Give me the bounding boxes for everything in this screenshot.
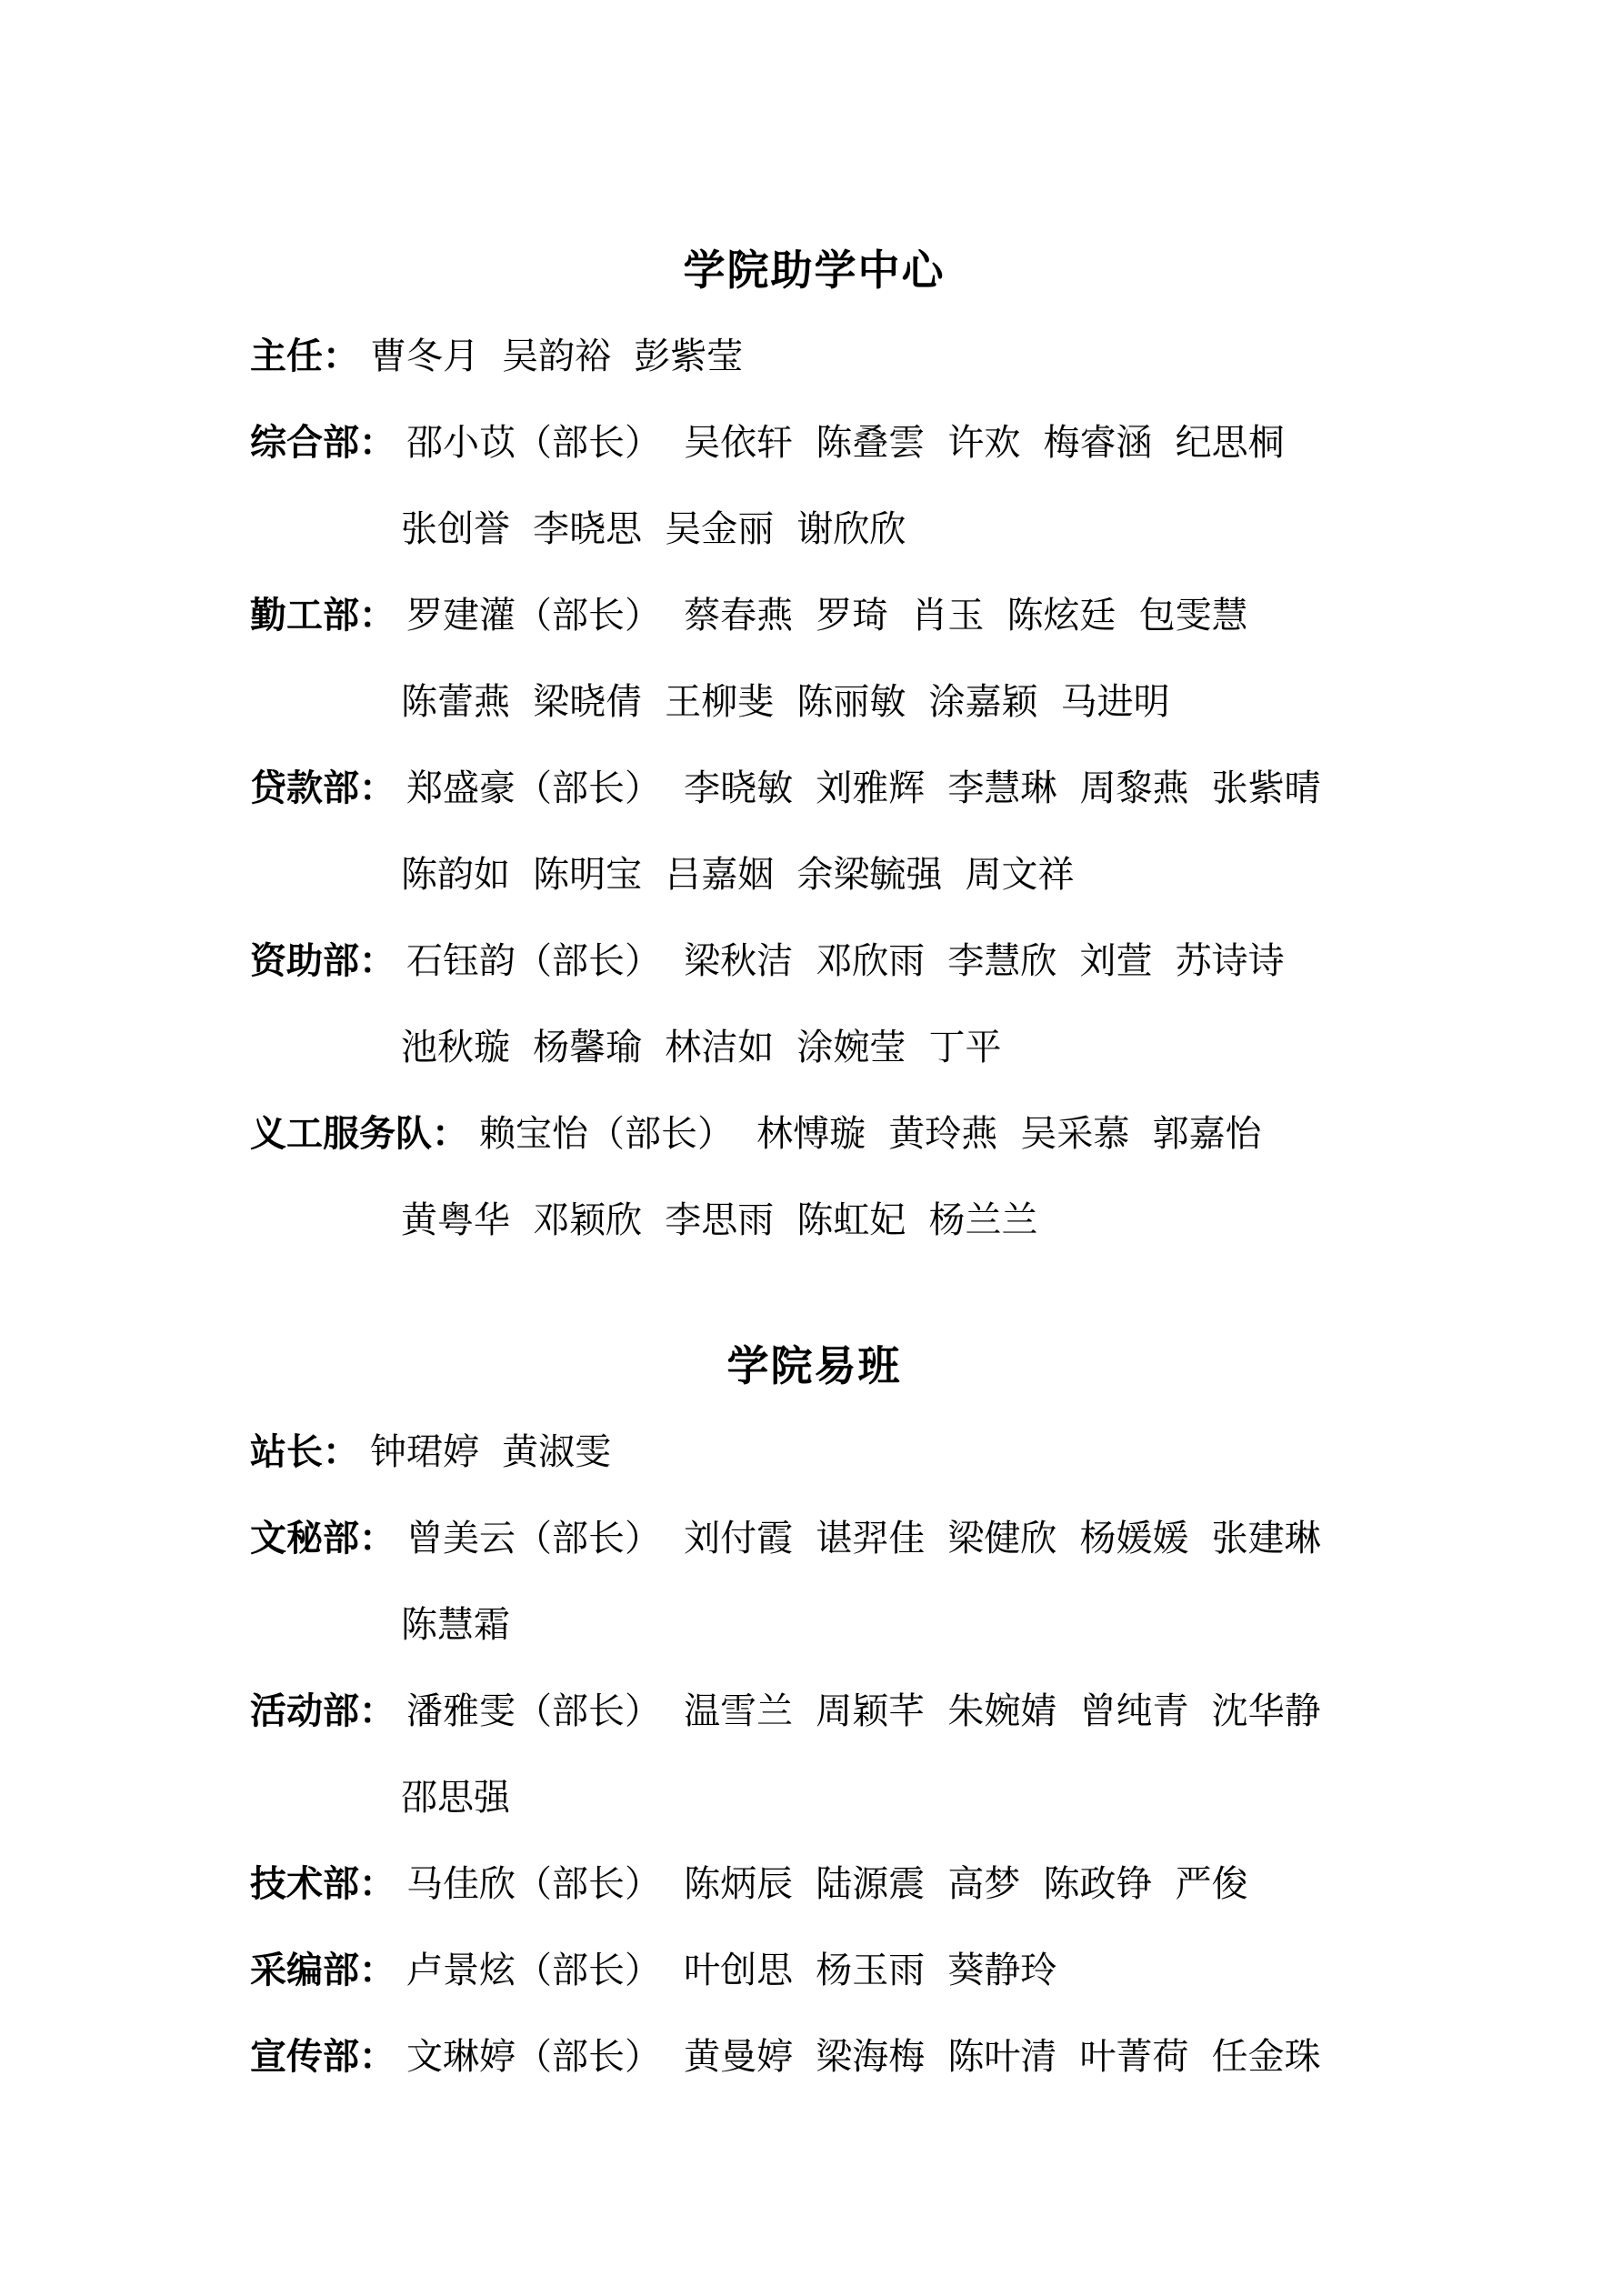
member-names: 罗建灌（部长） 蔡春燕 罗琦 肖玉 陈炫廷 包雯慧: [406, 596, 1248, 636]
roster-line: 贷款部：郑盛豪（部长） 李晓敏 刘雅辉 李慧琳 周黎燕 张紫晴: [250, 746, 1378, 832]
member-names: 潘雅雯（部长） 温雪兰 周颖芊 朱婉婧 曾纯青 沈华静: [406, 1691, 1321, 1731]
roster-line: 资助部：石钰韵（部长） 梁秋洁 邓欣雨 李慧欣 刘萱 苏诗诗: [250, 918, 1378, 1005]
section-title: 学院易班: [250, 1323, 1378, 1409]
entry-director: 主任：曹冬月 吴韵裕 彭紫莹: [250, 314, 1378, 400]
role-label: 综合部：: [250, 423, 395, 463]
roster-line-continuation: 陈韵如 陈明宝 吕嘉姻 余梁毓强 周文祥: [250, 832, 1378, 918]
role-label: 宣传部：: [250, 2037, 395, 2077]
roster-line: 采编部：卢景炫（部长） 叶创思 杨玉雨 葵静玲: [250, 1928, 1378, 2014]
section-title: 学院助学中心: [250, 227, 1378, 314]
member-names: 马佳欣（部长） 陈炳辰 陆源震 高梦 陈政铮 严俊: [406, 1864, 1248, 1904]
role-label: 文秘部：: [250, 1519, 395, 1559]
role-label: 站长：: [250, 1432, 359, 1472]
entry-publicity-dept: 宣传部：文琳婷（部长） 黄曼婷 梁海梅 陈叶清 叶菁荷 任金珠: [250, 2014, 1378, 2100]
roster-line: 主任：曹冬月 吴韵裕 彭紫莹: [250, 314, 1378, 400]
member-names: 卢景炫（部长） 叶创思 杨玉雨 葵静玲: [406, 1950, 1056, 1990]
roster-line-continuation: 陈慧霜: [250, 1582, 1378, 1669]
roster-line-continuation: 邵思强: [250, 1755, 1378, 1841]
role-label: 义工服务队：: [250, 1114, 468, 1154]
member-names: 石钰韵（部长） 梁秋洁 邓欣雨 李慧欣 刘萱 苏诗诗: [406, 941, 1285, 981]
entry-secretary-dept: 文秘部：曾美云（部长） 刘付霞 谌羿佳 梁健欣 杨媛媛 张建琳 陈慧霜: [250, 1496, 1378, 1669]
entry-station-master: 站长：钟珺婷 黄淑雯: [250, 1409, 1378, 1496]
entry-editorial-dept: 采编部：卢景炫（部长） 叶创思 杨玉雨 葵静玲: [250, 1928, 1378, 2014]
roster-line: 文秘部：曾美云（部长） 刘付霞 谌羿佳 梁健欣 杨媛媛 张建琳: [250, 1496, 1378, 1582]
role-label: 技术部：: [250, 1864, 395, 1904]
entry-activity-dept: 活动部：潘雅雯（部长） 温雪兰 周颖芊 朱婉婧 曾纯青 沈华静 邵思强: [250, 1669, 1378, 1841]
roster-line: 综合部：邵小苡（部长） 吴依轩 陈叠雲 许欢 梅睿涵 纪思桐: [250, 400, 1378, 486]
member-names: 文琳婷（部长） 黄曼婷 梁海梅 陈叶清 叶菁荷 任金珠: [406, 2037, 1321, 2077]
role-label: 贷款部：: [250, 768, 395, 808]
role-label: 活动部：: [250, 1691, 395, 1731]
entry-work-study-dept: 勤工部：罗建灌（部长） 蔡春燕 罗琦 肖玉 陈炫廷 包雯慧 陈蕾燕 梁晓倩 王柳…: [250, 573, 1378, 746]
roster-line-continuation: 池秋璇 杨馨瑜 林洁如 涂婉莹 丁平: [250, 1005, 1378, 1091]
entry-volunteer-team: 义工服务队：赖宝怡（部长） 林愽璇 黄玲燕 吴采慕 郭嘉怡 黄粤华 邓颖欣 李思…: [250, 1091, 1378, 1264]
roster-line: 技术部：马佳欣（部长） 陈炳辰 陆源震 高梦 陈政铮 严俊: [250, 1841, 1378, 1928]
document-page: 学院助学中心 主任：曹冬月 吴韵裕 彭紫莹 综合部：邵小苡（部长） 吴依轩 陈叠…: [0, 0, 1622, 2100]
role-label: 勤工部：: [250, 596, 395, 636]
member-names: 曾美云（部长） 刘付霞 谌羿佳 梁健欣 杨媛媛 张建琳: [406, 1519, 1321, 1559]
role-label: 采编部：: [250, 1950, 395, 1990]
member-names: 郑盛豪（部长） 李晓敏 刘雅辉 李慧琳 周黎燕 张紫晴: [406, 768, 1321, 808]
entry-tech-dept: 技术部：马佳欣（部长） 陈炳辰 陆源震 高梦 陈政铮 严俊: [250, 1841, 1378, 1928]
roster-line: 义工服务队：赖宝怡（部长） 林愽璇 黄玲燕 吴采慕 郭嘉怡: [250, 1091, 1378, 1178]
roster-line: 站长：钟珺婷 黄淑雯: [250, 1409, 1378, 1496]
section-yiban: 学院易班 站长：钟珺婷 黄淑雯 文秘部：曾美云（部长） 刘付霞 谌羿佳 梁健欣 …: [250, 1323, 1378, 2100]
member-names: 赖宝怡（部长） 林愽璇 黄玲燕 吴采慕 郭嘉怡: [479, 1114, 1261, 1154]
entry-funding-dept: 资助部：石钰韵（部长） 梁秋洁 邓欣雨 李慧欣 刘萱 苏诗诗 池秋璇 杨馨瑜 林…: [250, 918, 1378, 1091]
roster-line: 活动部：潘雅雯（部长） 温雪兰 周颖芊 朱婉婧 曾纯青 沈华静: [250, 1669, 1378, 1755]
roster-line-continuation: 张创誉 李晓思 吴金丽 谢欣欣: [250, 486, 1378, 573]
role-label: 资助部：: [250, 941, 395, 981]
member-names: 曹冬月 吴韵裕 彭紫莹: [370, 336, 743, 376]
member-names: 钟珺婷 黄淑雯: [370, 1432, 611, 1472]
section-student-aid-center: 学院助学中心 主任：曹冬月 吴韵裕 彭紫莹 综合部：邵小苡（部长） 吴依轩 陈叠…: [250, 227, 1378, 1264]
member-names: 邵小苡（部长） 吴依轩 陈叠雲 许欢 梅睿涵 纪思桐: [406, 423, 1285, 463]
roster-line: 勤工部：罗建灌（部长） 蔡春燕 罗琦 肖玉 陈炫廷 包雯慧: [250, 573, 1378, 659]
entry-loan-dept: 贷款部：郑盛豪（部长） 李晓敏 刘雅辉 李慧琳 周黎燕 张紫晴 陈韵如 陈明宝 …: [250, 746, 1378, 918]
roster-line-continuation: 黄粤华 邓颖欣 李思雨 陈虹妃 杨兰兰: [250, 1178, 1378, 1264]
roster-line-continuation: 陈蕾燕 梁晓倩 王柳斐 陈丽敏 涂嘉颖 马进明: [250, 659, 1378, 746]
roster-line: 宣传部：文琳婷（部长） 黄曼婷 梁海梅 陈叶清 叶菁荷 任金珠: [250, 2014, 1378, 2100]
role-label: 主任：: [250, 336, 359, 376]
entry-general-dept: 综合部：邵小苡（部长） 吴依轩 陈叠雲 许欢 梅睿涵 纪思桐 张创誉 李晓思 吴…: [250, 400, 1378, 573]
